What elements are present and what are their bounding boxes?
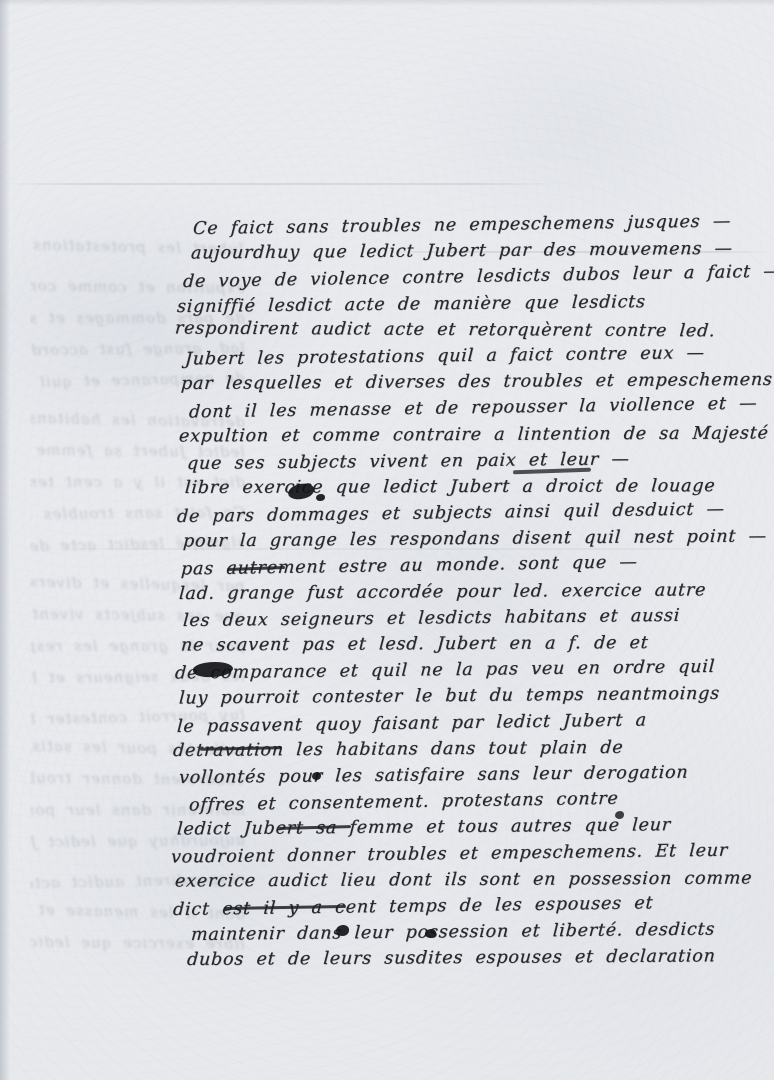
ink-blot	[316, 494, 325, 501]
paper-crease	[0, 183, 560, 185]
ink-blot	[312, 772, 321, 780]
ink-blot	[615, 811, 624, 819]
ink-blot	[425, 929, 436, 938]
scanned-page: Jubert les protestations quil a faict co…	[0, 0, 774, 1080]
page-top-edge-shadow	[0, 0, 774, 6]
manuscript-line: expultion et comme contraire a lintentio…	[178, 420, 752, 449]
manuscript-line: dubos et de leurs susdites espouses et d…	[186, 943, 760, 973]
manuscript-line: signiffié lesdict acte de manière que le…	[176, 288, 750, 320]
manuscript-line: que ses subjects vivent en paix et leur …	[186, 445, 760, 477]
page-left-edge-shadow	[0, 0, 10, 1080]
ink-blot	[336, 925, 349, 936]
manuscript-text: Ce faict sans troubles ne empeschemens j…	[183, 212, 755, 971]
